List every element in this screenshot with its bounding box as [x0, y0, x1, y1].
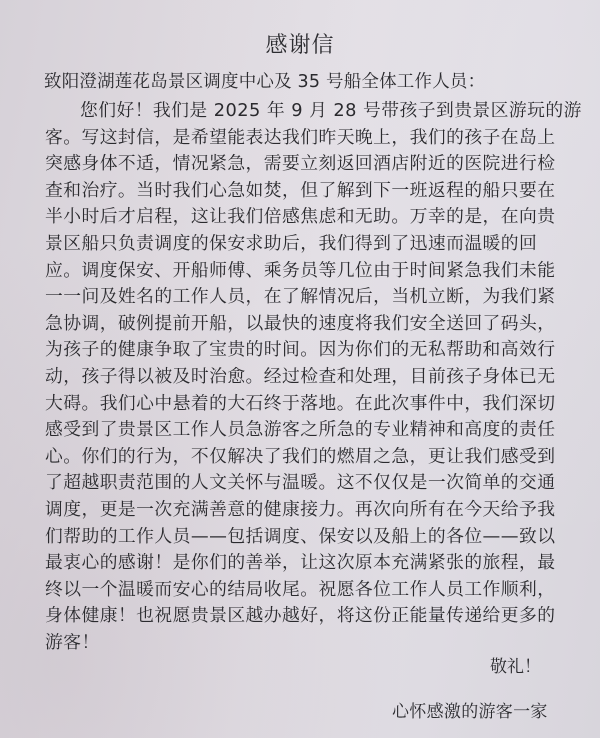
- body-line: 景区船只负责调度的保安求助后，我们得到了迅速而温暖的回: [45, 231, 555, 258]
- thank-you-letter: 感谢信 致阳澄湖莲花岛景区调度中心及 35 号船全体工作人员： 您们好！我们是 …: [0, 0, 600, 738]
- letter-salutation: 致阳澄湖莲花岛景区调度中心及 35 号船全体工作人员：: [44, 68, 485, 93]
- body-line: 您们好！我们是 2025 年 9 月 28 号带孩子到贵景区游玩的游: [45, 98, 555, 125]
- body-line: 动，孩子得以被及时治愈。经过检查和处理，目前孩子身体已无: [45, 364, 555, 391]
- body-line: 感受到了贵景区工作人员急游客之所急的专业精神和高度的责任: [45, 417, 555, 444]
- letter-title: 感谢信: [0, 28, 600, 59]
- letter-body: 您们好！我们是 2025 年 9 月 28 号带孩子到贵景区游玩的游 客。写这封…: [45, 98, 555, 656]
- body-line: 半小时后才启程，这让我们倍感焦虑和无助。万幸的是，在向贵: [45, 204, 555, 231]
- body-line: 客。写这封信，是希望能表达我们昨天晚上，我们的孩子在岛上: [45, 125, 555, 152]
- body-line: 身体健康！也祝愿贵景区越办越好，将这份正能量传递给更多的: [45, 603, 555, 630]
- body-line: 终以一个温暖而安心的结局收尾。祝愿各位工作人员工作顺利，: [45, 577, 555, 604]
- body-line: 游客！: [45, 630, 555, 657]
- body-line: 调度，更是一次充满善意的健康接力。再次向所有在今天给予我: [45, 497, 555, 524]
- body-line: 一一问及姓名的工作人员，在了解情况后，当机立断，为我们紧: [45, 284, 555, 311]
- body-line: 最衷心的感谢！是你们的善举，让这次原本充满紧张的旅程，最: [45, 550, 555, 577]
- body-line: 大碍。我们心中悬着的大石终于落地。在此次事件中，我们深切: [45, 391, 555, 418]
- body-line: 为孩子的健康争取了宝贵的时间。因为你们的无私帮助和高效行: [45, 337, 555, 364]
- body-line: 了超越职责范围的人文关怀与温暖。这不仅仅是一次简单的交通: [45, 470, 555, 497]
- letter-closing: 敬礼！: [490, 652, 541, 677]
- letter-signature: 心怀感激的游客一家: [392, 697, 548, 722]
- body-line: 们帮助的工作人员——包括调度、保安以及船上的各位——致以: [45, 524, 555, 551]
- body-line: 查和治疗。当时我们心急如焚，但了解到下一班返程的船只要在: [45, 178, 555, 205]
- body-line: 应。调度保安、开船师傅、乘务员等几位由于时间紧急我们未能: [45, 258, 555, 285]
- body-line: 突感身体不适，情况紧急，需要立刻返回酒店附近的医院进行检: [45, 151, 555, 178]
- body-line: 心。你们的行为，不仅解决了我们的燃眉之急，更让我们感受到: [45, 444, 555, 471]
- body-line: 急协调，破例提前开船，以最快的速度将我们安全送回了码头，: [45, 311, 555, 338]
